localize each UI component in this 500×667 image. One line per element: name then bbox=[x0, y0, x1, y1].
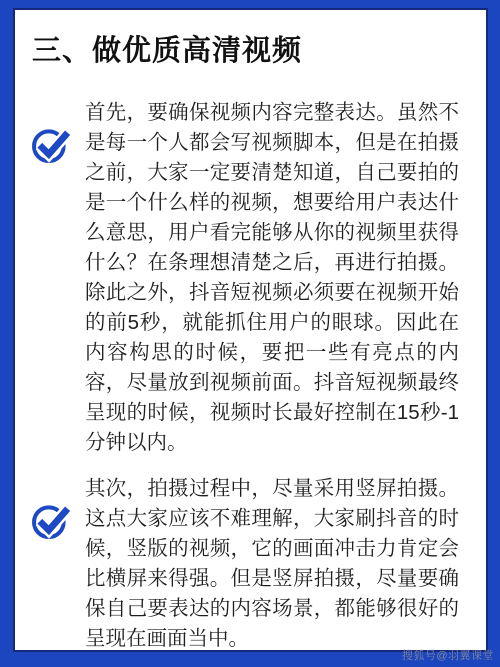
content-card: 三、做优质高清视频 首先，要确保视频内容完整表达。虽然不是每一个人都会写视频脚本… bbox=[13, 8, 488, 652]
paragraph-first: 首先，要确保视频内容完整表达。虽然不是每一个人都会写视频脚本，但是在拍摄之前，大… bbox=[85, 98, 459, 458]
paragraph-second: 其次，拍摄过程中，尽量采用竖屏拍摄。这点大家应该不难理解，大家刷抖音的时候，竖版… bbox=[85, 474, 459, 652]
icon-column bbox=[15, 474, 85, 541]
watermark-text: 搜狐号@羽翼课堂 bbox=[402, 647, 494, 663]
section-first: 首先，要确保视频内容完整表达。虽然不是每一个人都会写视频脚本，但是在拍摄之前，大… bbox=[15, 98, 486, 458]
icon-column bbox=[15, 98, 85, 165]
check-circle-icon bbox=[30, 498, 73, 541]
section-second: 其次，拍摄过程中，尽量采用竖屏拍摄。这点大家应该不难理解，大家刷抖音的时候，竖版… bbox=[15, 474, 486, 652]
check-circle-icon bbox=[30, 122, 73, 165]
page-title: 三、做优质高清视频 bbox=[32, 34, 486, 68]
blue-frame: 三、做优质高清视频 首先，要确保视频内容完整表达。虽然不是每一个人都会写视频脚本… bbox=[0, 0, 500, 667]
